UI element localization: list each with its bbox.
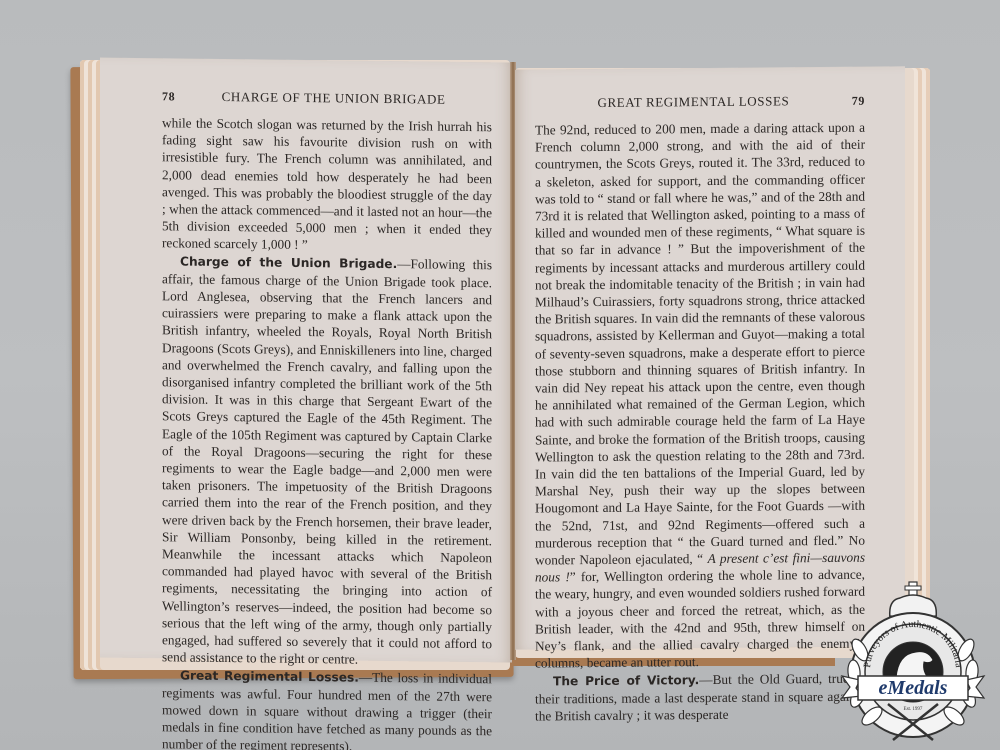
page-number-left: 78 — [162, 89, 175, 104]
right-body-text: The 92nd, reduced to 200 men, made a dar… — [535, 119, 865, 725]
established-text: Est. 1997 — [904, 707, 923, 712]
left-page: 78 CHARGE OF THE UNION BRIGADE while the… — [100, 57, 512, 662]
section-heading: Charge of the Union Brigade. — [180, 254, 397, 271]
running-head-title-right: GREAT REGIMENTAL LOSSES — [535, 93, 852, 112]
paragraph: Charge of the Union Brigade.—Following t… — [162, 252, 492, 670]
paragraph: Great Regimental Losses.—The loss in ind… — [162, 666, 492, 750]
section-heading: Great Regimental Losses. — [180, 668, 359, 684]
paragraph: The Price of Victory.—But the Old Guard,… — [535, 669, 865, 724]
right-running-head: GREAT REGIMENTAL LOSSES 79 — [535, 93, 865, 112]
paragraph: The 92nd, reduced to 200 men, made a dar… — [535, 119, 865, 672]
emedals-watermark-seal: Purveyors of Authentic Militaria eMedals… — [838, 580, 988, 745]
right-page: GREAT REGIMENTAL LOSSES 79 The 92nd, red… — [515, 66, 905, 649]
running-head-title-left: CHARGE OF THE UNION BRIGADE — [175, 88, 492, 108]
seal-graphic: Purveyors of Authentic Militaria eMedals… — [838, 580, 988, 745]
left-running-head: 78 CHARGE OF THE UNION BRIGADE — [162, 88, 492, 108]
left-body-text: while the Scotch slogan was returned by … — [162, 114, 492, 750]
paragraph: while the Scotch slogan was returned by … — [162, 114, 492, 256]
section-heading: The Price of Victory. — [553, 673, 699, 688]
brand-wordmark: eMedals — [879, 677, 948, 699]
page-number-right: 79 — [852, 94, 865, 109]
